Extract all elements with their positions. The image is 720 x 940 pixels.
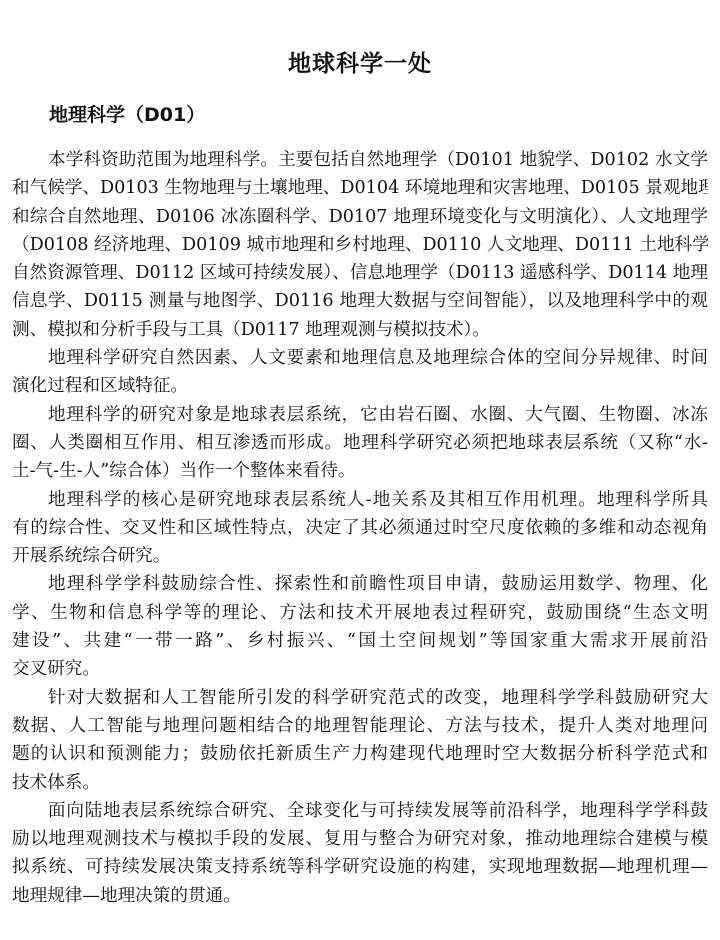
paragraph: 地理科学研究自然因素、人文要素和地理信息及地理综合体的空间分异规律、时间演化过程… (12, 344, 708, 401)
paragraph-line: 拟系统、可持续发展决策支持系统等科学研究设施的构建，实现地理数据—地理机理— (12, 853, 708, 881)
paragraph-line: 测、模拟和分析手段与工具（D0117 地理观测与模拟技术）。 (12, 316, 708, 344)
paragraph-line: 地理规律—地理决策的贯通。 (12, 882, 708, 910)
paragraph-line: 信息学、D0115 测量与地图学、D0116 地理大数据与空间智能），以及地理科… (12, 287, 708, 315)
paragraph: 地理科学的核心是研究地球表层系统人-地关系及其相互作用机理。地理科学所具有的综合… (12, 486, 708, 571)
paragraph-line: 针对大数据和人工智能所引发的科学研究范式的改变，地理科学学科鼓励研究大 (12, 684, 708, 712)
paragraph-line: 有的综合性、交叉性和区域性特点，决定了其必须通过时空尺度依赖的多维和动态视角 (12, 514, 708, 542)
paragraph-line: 开展系统综合研究。 (12, 542, 708, 570)
document-body: 本学科资助范围为地理科学。主要包括自然地理学（D0101 地貌学、D0102 水… (12, 146, 708, 910)
paragraph-line: 地理科学的核心是研究地球表层系统人-地关系及其相互作用机理。地理科学所具 (12, 486, 708, 514)
paragraph-line: 圈、人类圈相互作用、相互渗透而形成。地理科学研究必须把地球表层系统（又称“水- (12, 429, 708, 457)
paragraph-line: 励以地理观测技术与模拟手段的发展、复用与整合为研究对象，推动地理综合建模与模 (12, 825, 708, 853)
paragraph-line: （D0108 经济地理、D0109 城市地理和乡村地理、D0110 人文地理、D… (12, 231, 708, 259)
paragraph: 面向陆地表层系统综合研究、全球变化与可持续发展等前沿科学，地理科学学科鼓励以地理… (12, 797, 708, 910)
paragraph-line: 本学科资助范围为地理科学。主要包括自然地理学（D0101 地貌学、D0102 水… (12, 146, 708, 174)
paragraph-line: 面向陆地表层系统综合研究、全球变化与可持续发展等前沿科学，地理科学学科鼓 (12, 797, 708, 825)
paragraph-line: 和气候学、D0103 生物地理与土壤地理、D0104 环境地理和灾害地理、D01… (12, 174, 708, 202)
paragraph: 地理科学的研究对象是地球表层系统，它由岩石圈、水圈、大气圈、生物圈、冰冻圈、人类… (12, 401, 708, 486)
paragraph-line: 地理科学研究自然因素、人文要素和地理信息及地理综合体的空间分异规律、时间 (12, 344, 708, 372)
paragraph-line: 地理科学的研究对象是地球表层系统，它由岩石圈、水圈、大气圈、生物圈、冰冻 (12, 401, 708, 429)
paragraph-line: 地理科学学科鼓励综合性、探索性和前瞻性项目申请，鼓励运用数学、物理、化 (12, 570, 708, 598)
paragraph-line: 演化过程和区域特征。 (12, 372, 708, 400)
paragraph: 地理科学学科鼓励综合性、探索性和前瞻性项目申请，鼓励运用数学、物理、化学、生物和… (12, 570, 708, 683)
paragraph-line: 技术体系。 (12, 769, 708, 797)
paragraph-line: 题的认识和预测能力；鼓励依托新质生产力构建现代地理时空大数据分析科学范式和 (12, 740, 708, 768)
paragraph: 针对大数据和人工智能所引发的科学研究范式的改变，地理科学学科鼓励研究大数据、人工… (12, 684, 708, 797)
paragraph-line: 土-气-生-人”综合体）当作一个整体来看待。 (12, 457, 708, 485)
paragraph-line: 学、生物和信息科学等的理论、方法和技术开展地表过程研究，鼓励围绕“生态文明 (12, 599, 708, 627)
paragraph-line: 数据、人工智能与地理问题相结合的地理智能理论、方法与技术，提升人类对地理问 (12, 712, 708, 740)
page-title: 地球科学一处 (0, 45, 720, 78)
paragraph-line: 建设”、共建“一带一路”、乡村振兴、“国土空间规划”等国家重大需求开展前沿 (12, 627, 708, 655)
paragraph-line: 交叉研究。 (12, 655, 708, 683)
paragraph-line: 和综合自然地理、D0106 冰冻圈科学、D0107 地理环境变化与文明演化）、人… (12, 203, 708, 231)
paragraph: 本学科资助范围为地理科学。主要包括自然地理学（D0101 地貌学、D0102 水… (12, 146, 708, 344)
section-heading: 地理科学（D01） (49, 100, 205, 127)
paragraph-line: 自然资源管理、D0112 区域可持续发展）、信息地理学（D0113 遥感科学、D… (12, 259, 708, 287)
